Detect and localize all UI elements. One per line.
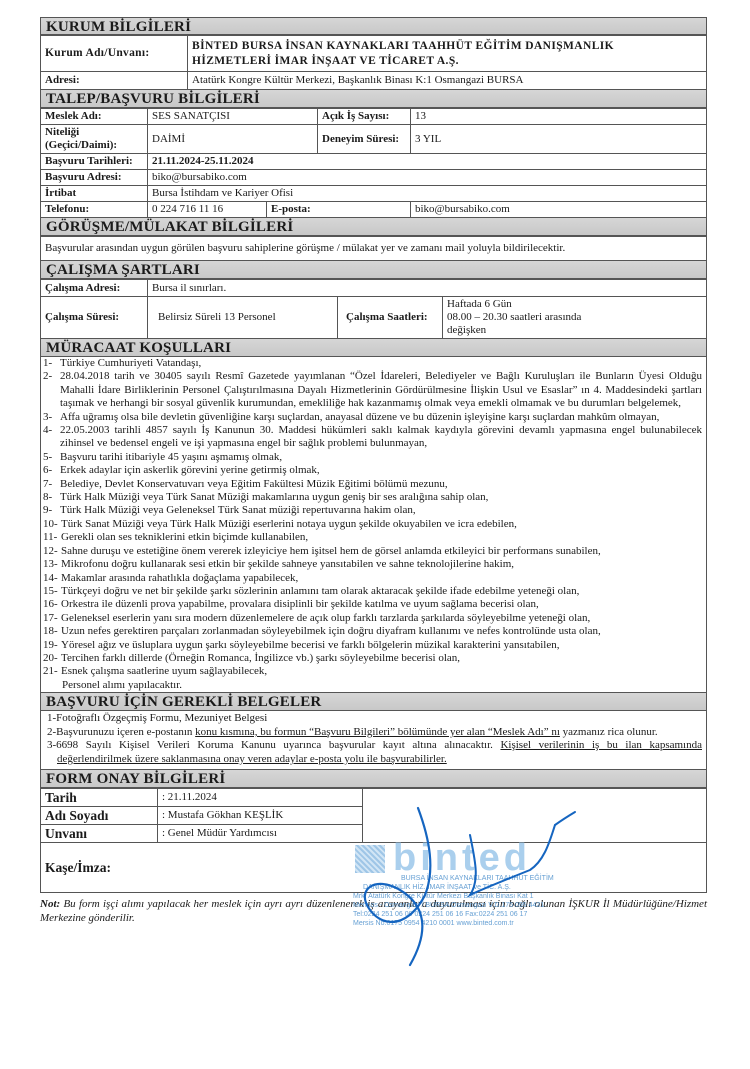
basvuru-tarih-value: 21.11.2024-25.11.2024 [148, 154, 707, 170]
muracaat-item-text: Esnek çalışma saatlerine uyum sağlayabil… [61, 665, 702, 678]
belge-item-2-emphasis: konu kısmına, bu formun “Başvuru Bilgile… [195, 726, 560, 738]
muracaat-item-text: Gerekli olan ses tekniklerini etkin biçi… [61, 531, 702, 544]
muracaat-item-number: 8- [43, 491, 60, 504]
muracaat-item-number: 7- [43, 478, 60, 491]
muracaat-item-number: 20- [43, 652, 61, 665]
deneyim-label: Deneyim Süresi: [318, 125, 411, 154]
muracaat-item-number: 6- [43, 464, 60, 477]
muracaat-item-text: Türk Sanat Müziği veya Türk Halk Müziği … [61, 518, 702, 531]
muracaat-item: 21-Esnek çalışma saatlerine uyum sağlaya… [43, 665, 702, 678]
muracaat-item: 12-Sahne duruşu ve estetiğine önem verer… [43, 545, 702, 558]
muracaat-item: 11-Gerekli olan ses tekniklerini etkin b… [43, 531, 702, 544]
calisma-saat-label: Çalışma Saatleri: [338, 297, 443, 339]
irtibat-value: Bursa İstihdam ve Kariyer Ofisi [148, 186, 707, 202]
onay-tarih-value: : 21.11.2024 [158, 788, 363, 806]
muracaat-item-number: 5- [43, 451, 60, 464]
muracaat-item-number: 19- [43, 639, 61, 652]
muracaat-item: 15-Türkçeyi doğru ve net bir şekilde şar… [43, 585, 702, 598]
muracaat-item-number: 13- [43, 558, 61, 571]
muracaat-item: 20-Tercihen farklı dillerde (Örneğin Rom… [43, 652, 702, 665]
muracaat-list: 1-Türkiye Cumhuriyeti Vatandaşı,2-28.04.… [40, 357, 707, 693]
acik-is-value: 13 [411, 109, 707, 125]
muracaat-item: 14-Makamlar arasında rahatlıkla doğaçlam… [43, 572, 702, 585]
muracaat-item-number: 15- [43, 585, 61, 598]
nitelik-value: DAİMİ [148, 125, 318, 154]
muracaat-item: 9-Türk Halk Müziği veya Geleneksel Türk … [43, 504, 702, 517]
muracaat-item-text: Uzun nefes gerektiren parçaları zorlanma… [61, 625, 702, 638]
irtibat-label: İrtibat [41, 186, 148, 202]
gorusme-table: Başvurular arasından uygun görülen başvu… [40, 236, 707, 261]
muracaat-item: 4-22.05.2003 tarihli 4857 sayılı İş Kanu… [43, 424, 702, 451]
muracaat-item-text: Belediye, Devlet Konservatuvarı veya Eği… [60, 478, 702, 491]
muracaat-item-text: Başvuru tarihi itibariyle 45 yaşını aşma… [60, 451, 702, 464]
muracaat-item-text: Türk Halk Müziği veya Geleneksel Türk Sa… [60, 504, 702, 517]
calisma-saat-line3: değişken [447, 324, 702, 337]
muracaat-item-number: 2- [43, 370, 60, 410]
calisma-sure-label: Çalışma Süresi: [41, 297, 148, 339]
muracaat-item-text: Sahne duruşu ve estetiğine önem vererek … [61, 545, 702, 558]
muracaat-item-text: Geleneksel eserlerin yanı sıra modern dü… [61, 612, 702, 625]
kurum-address: Atatürk Kongre Kültür Merkezi, Başkanlık… [188, 72, 707, 90]
basvuru-adres-label: Başvuru Adresi: [41, 170, 148, 186]
calisma-saat-line1: Haftada 6 Gün [447, 298, 702, 311]
gorusme-text: Başvurular arasından uygun görülen başvu… [41, 237, 707, 261]
section-muracaat-title: MÜRACAAT KOŞULLARI [40, 339, 707, 357]
muracaat-item-text: Tercihen farklı dillerde (Örneğin Romanc… [61, 652, 702, 665]
belge-item-3: 3-6698 Sayılı Kişisel Verileri Koruma Ka… [47, 739, 702, 766]
muracaat-item-text: Erkek adaylar için askerlik görevini yer… [60, 464, 702, 477]
calisma-adres-label: Çalışma Adresi: [41, 280, 148, 297]
muracaat-item: 18-Uzun nefes gerektiren parçaları zorla… [43, 625, 702, 638]
job-posting-form: KURUM BİLGİLERİ Kurum Adı/Unvanı: BİNTED… [40, 17, 707, 925]
muracaat-item-number: 9- [43, 504, 60, 517]
muracaat-item: 13-Mikrofonu doğru kullanarak sesi etkin… [43, 558, 702, 571]
muracaat-item-number: 11- [43, 531, 61, 544]
onay-ad-label: Adı Soyadı [41, 806, 158, 824]
eposta-label: E-posta: [267, 202, 411, 218]
muracaat-item-text: Yöresel ağız ve üsluplara uygun şarkı sö… [61, 639, 702, 652]
nitelik-label: Niteliği (Geçici/Daimi): [41, 125, 148, 154]
onay-ad-value: : Mustafa Gökhan KEŞLİK [158, 806, 363, 824]
muracaat-item-number: 18- [43, 625, 61, 638]
muracaat-item-text: Makamlar arasında rahatlıkla doğaçlama y… [61, 572, 702, 585]
note-label: Not: [40, 898, 60, 910]
deneyim-value: 3 YIL [411, 125, 707, 154]
section-gorusme-title: GÖRÜŞME/MÜLAKAT BİLGİLERİ [40, 218, 707, 236]
muracaat-item: 3-Affa uğramış olsa bile devletin güvenl… [43, 411, 702, 424]
muracaat-item-number: 4- [43, 424, 60, 451]
muracaat-item: 10-Türk Sanat Müziği veya Türk Halk Müzi… [43, 518, 702, 531]
section-calisma-title: ÇALIŞMA ŞARTLARI [40, 261, 707, 279]
muracaat-closing: Personel alımı yapılacaktır. [43, 679, 702, 692]
calisma-adres-value: Bursa il sınırları. [148, 280, 707, 297]
muracaat-item-number: 21- [43, 665, 61, 678]
muracaat-item-number: 17- [43, 612, 61, 625]
muracaat-item-text: 22.05.2003 tarihli 4857 sayılı İş Kanunu… [60, 424, 702, 451]
section-talep-title: TALEP/BAŞVURU BİLGİLERİ [40, 90, 707, 108]
muracaat-item: 17-Geleneksel eserlerin yanı sıra modern… [43, 612, 702, 625]
muracaat-item: 8-Türk Halk Müziği veya Türk Sanat Müziğ… [43, 491, 702, 504]
eposta-value[interactable]: biko@bursabiko.com [411, 202, 707, 218]
muracaat-item: 19-Yöresel ağız ve üsluplara uygun şarkı… [43, 639, 702, 652]
muracaat-closing-text: Personel alımı yapılacaktır. [60, 679, 702, 692]
basvuru-adres-value[interactable]: biko@bursabiko.com [148, 170, 707, 186]
muracaat-item-number: 12- [43, 545, 61, 558]
onay-unvan-value: : Genel Müdür Yardımcısı [158, 824, 363, 842]
section-belgeler-title: BAŞVURU İÇİN GEREKLİ BELGELER [40, 693, 707, 711]
onay-unvan-label: Unvanı [41, 824, 158, 842]
calisma-saat-line2: 08.00 – 20.30 saatleri arasında [447, 311, 702, 324]
section-onay-title: FORM ONAY BİLGİLERİ [40, 770, 707, 788]
belge-item-1: 1-Fotoğraflı Özgeçmiş Formu, Mezuniyet B… [47, 712, 702, 726]
muracaat-item-number: 3- [43, 411, 60, 424]
calisma-saat-value: Haftada 6 Gün 08.00 – 20.30 saatleri ara… [443, 297, 707, 339]
muracaat-item-number: 1- [43, 357, 60, 370]
muracaat-item-text: Türk Halk Müziği veya Türk Sanat Müziği … [60, 491, 702, 504]
section-kurum-title: KURUM BİLGİLERİ [40, 17, 707, 35]
muracaat-item-number: 16- [43, 598, 61, 611]
muracaat-item: 5-Başvuru tarihi itibariyle 45 yaşını aş… [43, 451, 702, 464]
meslek-label: Meslek Adı: [41, 109, 148, 125]
onay-tarih-label: Tarih [41, 788, 158, 806]
muracaat-item: 2-28.04.2018 tarih ve 30405 sayılı Resmî… [43, 370, 702, 410]
muracaat-item-number: 14- [43, 572, 61, 585]
kase-imza-label: Kaşe/İmza: [41, 842, 707, 892]
acik-is-label: Açık İş Sayısı: [318, 109, 411, 125]
note-text: Bu form işçi alımı yapılacak her meslek … [40, 898, 707, 924]
muracaat-item-text: Affa uğramış olsa bile devletin güvenliğ… [60, 411, 702, 424]
muracaat-item-text: Mikrofonu doğru kullanarak sesi etkin bi… [61, 558, 702, 571]
kurum-name-line1: BİNTED BURSA İNSAN KAYNAKLARI TAAHHÜT EĞ… [192, 39, 702, 54]
belge-item-2: 2-Başvurunuzu içeren e-postanın konu kıs… [47, 726, 702, 740]
muracaat-item-text: Türkiye Cumhuriyeti Vatandaşı, [60, 357, 702, 370]
muracaat-item-text: 28.04.2018 tarih ve 30405 sayılı Resmî G… [60, 370, 702, 410]
kurum-name-label: Kurum Adı/Unvanı: [41, 36, 188, 72]
talep-table: Meslek Adı: SES SANATÇISI Açık İş Sayısı… [40, 108, 707, 218]
footer-note: Not: Bu form işçi alımı yapılacak her me… [40, 897, 707, 925]
kurum-name-line2: HİZMETLERİ İMAR İNŞAAT VE TİCARET A.Ş. [192, 54, 702, 69]
muracaat-item-text: Türkçeyi doğru ve net bir şekilde şarkı … [61, 585, 702, 598]
kurum-address-label: Adresi: [41, 72, 188, 90]
muracaat-item: 1-Türkiye Cumhuriyeti Vatandaşı, [43, 357, 702, 370]
basvuru-tarih-label: Başvuru Tarihleri: [41, 154, 148, 170]
muracaat-item: 6-Erkek adaylar için askerlik görevini y… [43, 464, 702, 477]
muracaat-item: 16-Orkestra ile düzenli prova yapabilme,… [43, 598, 702, 611]
telefon-value: 0 224 716 11 16 [148, 202, 267, 218]
muracaat-item: 7-Belediye, Devlet Konservatuvarı veya E… [43, 478, 702, 491]
calisma-table: Çalışma Adresi: Bursa il sınırları. Çalı… [40, 279, 707, 339]
belgeler-list: 1-Fotoğraflı Özgeçmiş Formu, Mezuniyet B… [40, 711, 707, 769]
kurum-name: BİNTED BURSA İNSAN KAYNAKLARI TAAHHÜT EĞ… [188, 36, 707, 72]
meslek-value: SES SANATÇISI [148, 109, 318, 125]
muracaat-item-number: 10- [43, 518, 61, 531]
kurum-table: Kurum Adı/Unvanı: BİNTED BURSA İNSAN KAY… [40, 35, 707, 90]
telefon-label: Telefonu: [41, 202, 148, 218]
calisma-sure-value: Belirsiz Süreli 13 Personel [148, 297, 338, 339]
muracaat-item-text: Orkestra ile düzenli prova yapabilme, pr… [61, 598, 702, 611]
onay-table: Tarih : 21.11.2024 Adı Soyadı : Mustafa … [40, 788, 707, 893]
